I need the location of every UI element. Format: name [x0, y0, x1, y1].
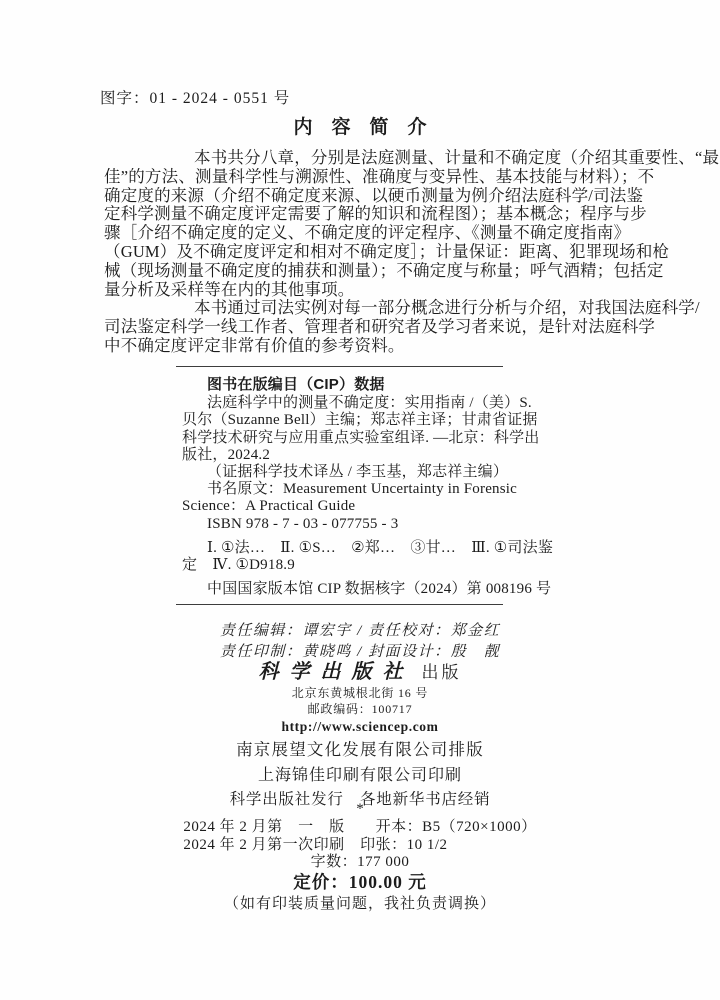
- publisher-website: http://www.sciencep.com: [0, 719, 720, 735]
- publish-label: 出版: [422, 663, 462, 682]
- cip-line: Science：A Practical Guide: [182, 498, 517, 515]
- divider-top: [176, 366, 503, 367]
- publisher-address: 北京东黄城根北街 16 号: [0, 686, 720, 702]
- summary-line: 定科学测量不确定度评定需要了解的知识和流程图）；基本概念；程序与步: [104, 205, 626, 224]
- science-press-logo: 科学出版社: [259, 661, 414, 683]
- printing-company: 上海锦佳印刷有限公司印刷: [0, 762, 720, 785]
- summary-line: 中不确定度评定非常有价值的参考资料。: [104, 337, 626, 356]
- summary-line: 确定度的来源（介绍不确定度来源、以硬币测量为例介绍法庭科学/司法鉴: [104, 187, 626, 206]
- edition-info: 2024 年 2 月第 一 版 开本：B5（720×1000） 2024 年 2…: [0, 819, 720, 872]
- publisher-block: 科学出版社出版 北京东黄城根北街 16 号 邮政编码：100717 http:/…: [0, 660, 720, 735]
- divider-bottom: [176, 604, 503, 605]
- editor-credit-line: 责任编辑：谭宏宇 / 责任校对：郑金红: [0, 621, 720, 642]
- page-title: 内容简介: [0, 112, 720, 139]
- summary-line: （GUM）及不确定度评定和相对不确定度］；计量保证：距离、犯罪现场和枪: [104, 243, 626, 262]
- cip-line: （证据科学技术译丛 / 李玉基，郑志祥主编）: [182, 464, 517, 481]
- summary-line: 量分析及采样等在内的其他事项。: [104, 281, 626, 300]
- summary-line: 司法鉴定科学一线工作者、管理者和研究者及学习者来说，是针对法庭科学: [104, 318, 626, 337]
- summary-line: 佳”的方法、测量科学性与溯源性、准确度与变异性、基本技能与材料）；不: [104, 168, 626, 187]
- publisher-logo-line: 科学出版社出版: [0, 660, 720, 686]
- cip-line: 版社，2024.2: [182, 447, 517, 464]
- summary-line: 械（现场测量不确定度的捕获和测量）；不确定度与称量；呼气酒精；包括定: [104, 262, 626, 281]
- cip-heading: 图书在版编目（CIP）数据: [182, 376, 517, 393]
- summary-line: 本书通过司法实例对每一部分概念进行分析与介绍，对我国法庭科学/: [104, 299, 626, 318]
- summary-line: 本书共分八章，分别是法庭测量、计量和不确定度（介绍其重要性、“最: [104, 149, 626, 168]
- content-summary: 本书共分八章，分别是法庭测量、计量和不确定度（介绍其重要性、“最佳”的方法、测量…: [104, 149, 626, 356]
- separator-asterisk: *: [0, 801, 720, 818]
- cip-block: 图书在版编目（CIP）数据 法庭科学中的测量不确定度：实用指南 /（美）S.贝尔…: [182, 376, 517, 598]
- staff-credits: 责任编辑：谭宏宇 / 责任校对：郑金红 责任印制：黄晓鸣 / 封面设计：殷 靓: [0, 621, 720, 663]
- cip-line: ISBN 978 - 7 - 03 - 077755 - 3: [182, 516, 517, 533]
- cip-line: 贝尔（Suzanne Bell）主编；郑志祥主译；甘肃省证据: [182, 412, 517, 429]
- price-label: 定价：100.00 元: [0, 869, 720, 894]
- edition-line: 2024 年 2 月第 一 版 开本：B5（720×1000）: [183, 819, 536, 837]
- edition-inner: 2024 年 2 月第 一 版 开本：B5（720×1000） 2024 年 2…: [183, 819, 536, 872]
- publisher-postcode: 邮政编码：100717: [0, 702, 720, 718]
- typesetting-company: 南京展望文化发展有限公司排版: [0, 736, 720, 760]
- book-copyright-page: 图字：01 - 2024 - 0551 号 内容简介 本书共分八章，分别是法庭测…: [0, 0, 720, 1000]
- cip-line: 中国国家版本馆 CIP 数据核字（2024）第 008196 号: [182, 581, 517, 598]
- cip-line: 科学技术研究与应用重点实验室组译. —北京：科学出: [182, 430, 517, 447]
- print-run-line: 2024 年 2 月第一次印刷 印张：10 1/2: [183, 837, 536, 855]
- cip-lines: 法庭科学中的测量不确定度：实用指南 /（美）S.贝尔（Suzanne Bell）…: [182, 395, 517, 598]
- summary-line: 骤［介绍不确定度的定义、不确定度的评定程序、《测量不确定度指南》: [104, 224, 626, 243]
- quality-note: （如有印装质量问题，我社负责调换）: [0, 892, 720, 913]
- cip-line: Ⅰ. ①法… Ⅱ. ①S… ②郑… ③甘… Ⅲ. ①司法鉴: [182, 540, 517, 557]
- cip-line: 定 Ⅳ. ①D918.9: [182, 557, 517, 574]
- cip-line: 法庭科学中的测量不确定度：实用指南 /（美）S.: [182, 395, 517, 412]
- cip-line: 书名原文：Measurement Uncertainty in Forensic: [182, 481, 517, 498]
- register-number: 图字：01 - 2024 - 0551 号: [100, 86, 290, 108]
